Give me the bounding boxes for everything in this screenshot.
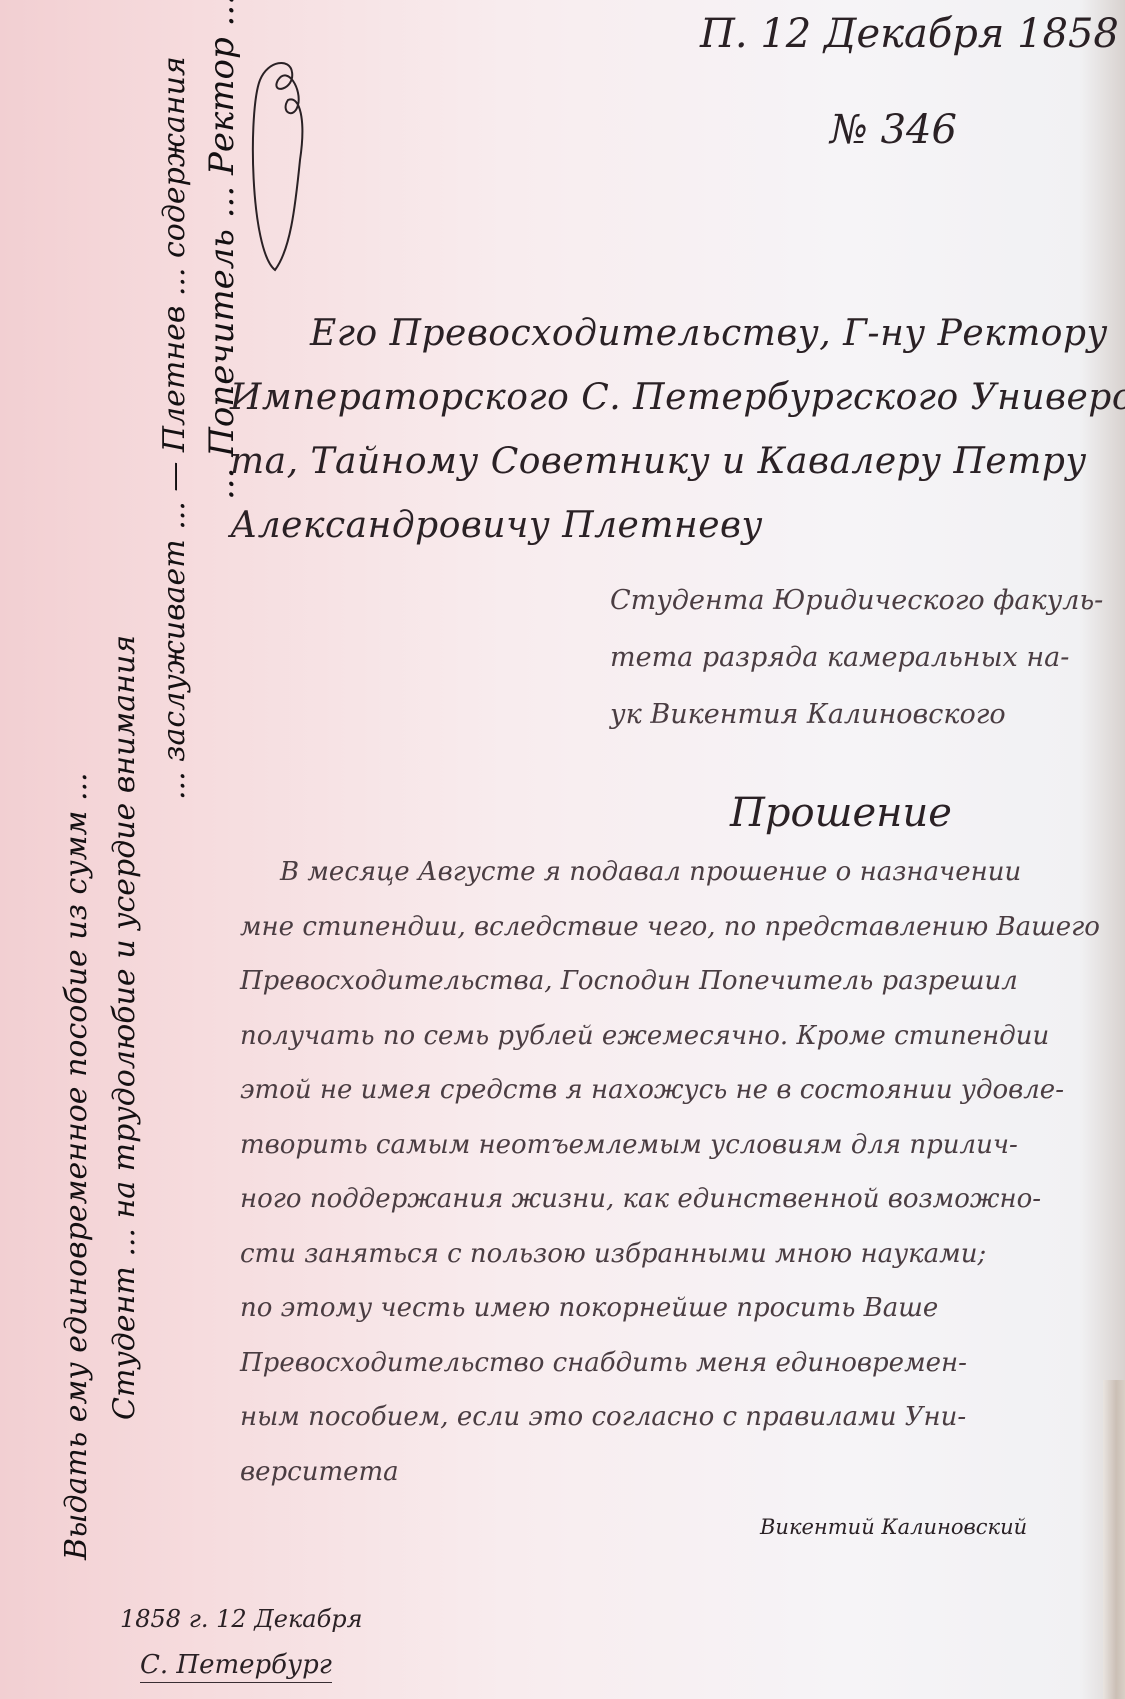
signature: Викентий Калиновский bbox=[760, 1515, 1027, 1539]
addressee-block: Его Превосходительству, Г-ну Ректору Имп… bbox=[230, 302, 1080, 558]
body-line: получать по семь рублей ежемесячно. Кром… bbox=[240, 1009, 1100, 1064]
registration-date: П. 12 Декабря 1858 bbox=[700, 14, 1119, 54]
address-line: Императорского С. Петербургского Универс… bbox=[230, 366, 1080, 430]
body-line: В месяце Августе я подавал прошение о на… bbox=[240, 845, 1100, 900]
address-line: Александровичу Плетневу bbox=[230, 494, 1080, 558]
body-line: Превосходительства, Господин Попечитель … bbox=[240, 954, 1100, 1009]
body-line: по этому честь имею покорнейше просить В… bbox=[240, 1281, 1100, 1336]
sender-line: тета разряда камеральных на- bbox=[610, 629, 1110, 686]
body-line: сти заняться с пользою избранными мною н… bbox=[240, 1227, 1100, 1282]
margin-note: Выдать ему единовременное пособие из сум… bbox=[62, 772, 92, 1560]
body-line: верситета bbox=[240, 1445, 1100, 1500]
body-line: ного поддержания жизни, как единственной… bbox=[240, 1172, 1100, 1227]
margin-note: Студент ... на трудолюбие и усердие вним… bbox=[110, 635, 140, 1420]
document-page: П. 12 Декабря 1858 № 346 Его Превосходит… bbox=[0, 0, 1125, 1699]
decorative-flourish-icon bbox=[240, 50, 320, 290]
registration-number: № 346 bbox=[830, 110, 957, 150]
sender-line: ук Викентия Калиновского bbox=[610, 686, 1110, 743]
margin-note: ... заслуживает ... — Плетнев ... содерж… bbox=[160, 56, 190, 800]
address-line: та, Тайному Советнику и Кавалеру Петру bbox=[230, 430, 1080, 494]
margin-note: ... Попечитель ... Ректор ... bbox=[205, 0, 239, 500]
body-line: ным пособием, если это согласно с правил… bbox=[240, 1390, 1100, 1445]
place-line: С. Петербург bbox=[140, 1650, 332, 1683]
body-line: этой не имея средств я нахожусь не в сос… bbox=[240, 1063, 1100, 1118]
sender-line: Студента Юридического факуль- bbox=[610, 572, 1110, 629]
dateline: 1858 г. 12 Декабря bbox=[120, 1605, 363, 1633]
sender-block: Студента Юридического факуль- тета разря… bbox=[610, 572, 1110, 743]
body-line: Превосходительство снабдить меня единовр… bbox=[240, 1336, 1100, 1391]
document-title: Прошение bbox=[730, 790, 952, 836]
body-line: мне стипендии, вследствие чего, по предс… bbox=[240, 900, 1100, 955]
body-line: творить самым неотъемлемым условиям для … bbox=[240, 1118, 1100, 1173]
address-line: Его Превосходительству, Г-ну Ректору bbox=[230, 302, 1080, 366]
petition-body: В месяце Августе я подавал прошение о на… bbox=[240, 845, 1100, 1499]
